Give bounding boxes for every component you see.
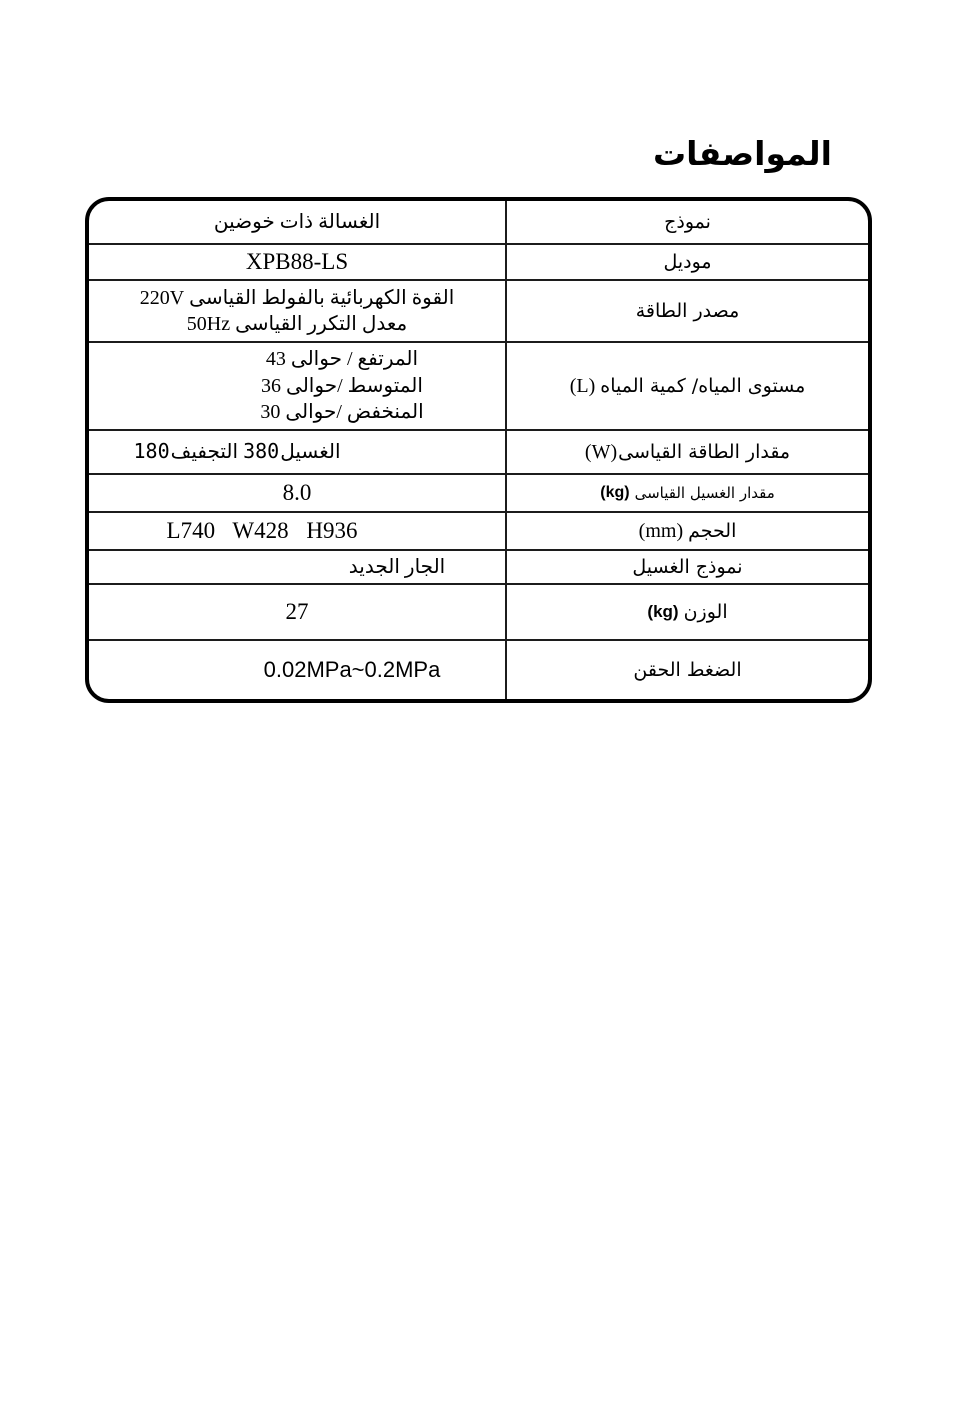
- table-row-power-source: القوة الكهربائية بالفولط القياسى 220V مع…: [89, 281, 868, 343]
- spec-label-cell: موديل: [507, 245, 868, 279]
- document-page: المواصفات الغسالة ذات خوضين نموذج XPB88-…: [0, 0, 954, 1401]
- table-row-pressure: 0.02MPa~0.2MPa الضغط الحقن: [89, 641, 868, 699]
- spec-value: 0.02MPa~0.2MPa: [264, 655, 441, 684]
- table-row-weight: 27 الوزن (kg): [89, 585, 868, 641]
- spec-value-cell: XPB88-LS: [89, 245, 507, 279]
- spec-value-cell: الغسالة ذات خوضين: [89, 201, 507, 243]
- spec-label-unit: (kg): [600, 484, 629, 502]
- spec-label-unit: (L): [570, 375, 596, 398]
- spec-label: مقدار الطاقة القياسى: [618, 441, 790, 463]
- table-row-model-number: XPB88-LS موديل: [89, 245, 868, 281]
- spec-label-cell: مصدر الطاقة: [507, 281, 868, 341]
- spec-value-cell: 27: [89, 585, 507, 639]
- table-row-dimensions: L740 W428 H936 الحجم (mm): [89, 513, 868, 551]
- spec-label: مقدار الغسيل القياسى: [635, 484, 775, 502]
- table-row-rated-power: الغسيل380 التجفيف180 مقدار الطاقة القياس…: [89, 431, 868, 475]
- spec-value-cell: L740 W428 H936: [89, 513, 507, 549]
- spec-label-cell: نموذج الغسيل: [507, 551, 868, 583]
- spec-value-cell: الجار الجديد: [89, 551, 507, 583]
- spec-label-unit: (kg): [647, 602, 678, 622]
- spec-label-cell: مقدار الطاقة القياسى (W): [507, 431, 868, 473]
- spec-value-cell: القوة الكهربائية بالفولط القياسى 220V مع…: [89, 281, 507, 341]
- spec-value-line: معدل التكرر القياسى 50Hz: [187, 311, 407, 337]
- washing-power-value: 380: [243, 439, 279, 463]
- spec-value: الغسيل380 التجفيف180: [133, 438, 340, 465]
- spec-value-line: القوة الكهربائية بالفولط القياسى 220V: [140, 285, 455, 311]
- spec-value: 27: [286, 597, 309, 627]
- spec-label-cell: مستوى المياه/ كمية المياه (L): [507, 343, 868, 429]
- spec-value-cell: 8.0: [89, 475, 507, 511]
- spec-label: الحجم: [688, 520, 736, 542]
- washing-power-label: الغسيل: [280, 441, 340, 463]
- page-title: المواصفات: [653, 134, 832, 173]
- spec-value-cell: 0.02MPa~0.2MPa: [89, 641, 507, 699]
- spec-label: الوزن: [684, 601, 728, 623]
- spec-value-line: المتوسط /حوالى 36: [261, 373, 423, 399]
- spec-label-unit: (mm): [639, 520, 683, 543]
- spec-label: موديل: [663, 251, 711, 273]
- table-row-wash-model: الجار الجديد نموذج الغسيل: [89, 551, 868, 585]
- drying-power-value: 180: [133, 439, 169, 463]
- specifications-table: الغسالة ذات خوضين نموذج XPB88-LS موديل ا…: [85, 197, 872, 703]
- spec-label: مصدر الطاقة: [636, 300, 740, 322]
- table-row-model-type: الغسالة ذات خوضين نموذج: [89, 201, 868, 245]
- spec-label: نموذج: [664, 211, 711, 233]
- spec-value-cell: الغسيل380 التجفيف180: [89, 431, 507, 473]
- spec-label-cell: نموذج: [507, 201, 868, 243]
- spec-label-unit: (W): [585, 441, 617, 464]
- spec-value-line: المرتفع / حوالى 43: [266, 346, 418, 372]
- spec-value: XPB88-LS: [246, 247, 348, 277]
- table-row-water-level: المرتفع / حوالى 43 المتوسط /حوالى 36 الم…: [89, 343, 868, 431]
- spec-label: مستوى المياه/ كمية المياه: [600, 375, 805, 397]
- spec-value: 8.0: [283, 478, 312, 508]
- spec-value-cell: المرتفع / حوالى 43 المتوسط /حوالى 36 الم…: [89, 343, 507, 429]
- spec-label: الضغط الحقن: [633, 659, 741, 681]
- spec-label: نموذج الغسيل: [632, 556, 742, 578]
- spec-label-cell: مقدار الغسيل القياسى (kg): [507, 475, 868, 511]
- spec-value: الغسالة ذات خوضين: [214, 209, 380, 235]
- spec-value: الجار الجديد: [349, 554, 445, 580]
- spec-label-cell: الحجم (mm): [507, 513, 868, 549]
- spec-value-line: المنخفض /حوالى 30: [260, 399, 423, 425]
- spec-label-cell: الوزن (kg): [507, 585, 868, 639]
- spec-label-cell: الضغط الحقن: [507, 641, 868, 699]
- spec-value: L740 W428 H936: [167, 516, 358, 546]
- drying-power-label: التجفيف: [171, 441, 238, 463]
- table-row-wash-capacity: 8.0 مقدار الغسيل القياسى (kg): [89, 475, 868, 513]
